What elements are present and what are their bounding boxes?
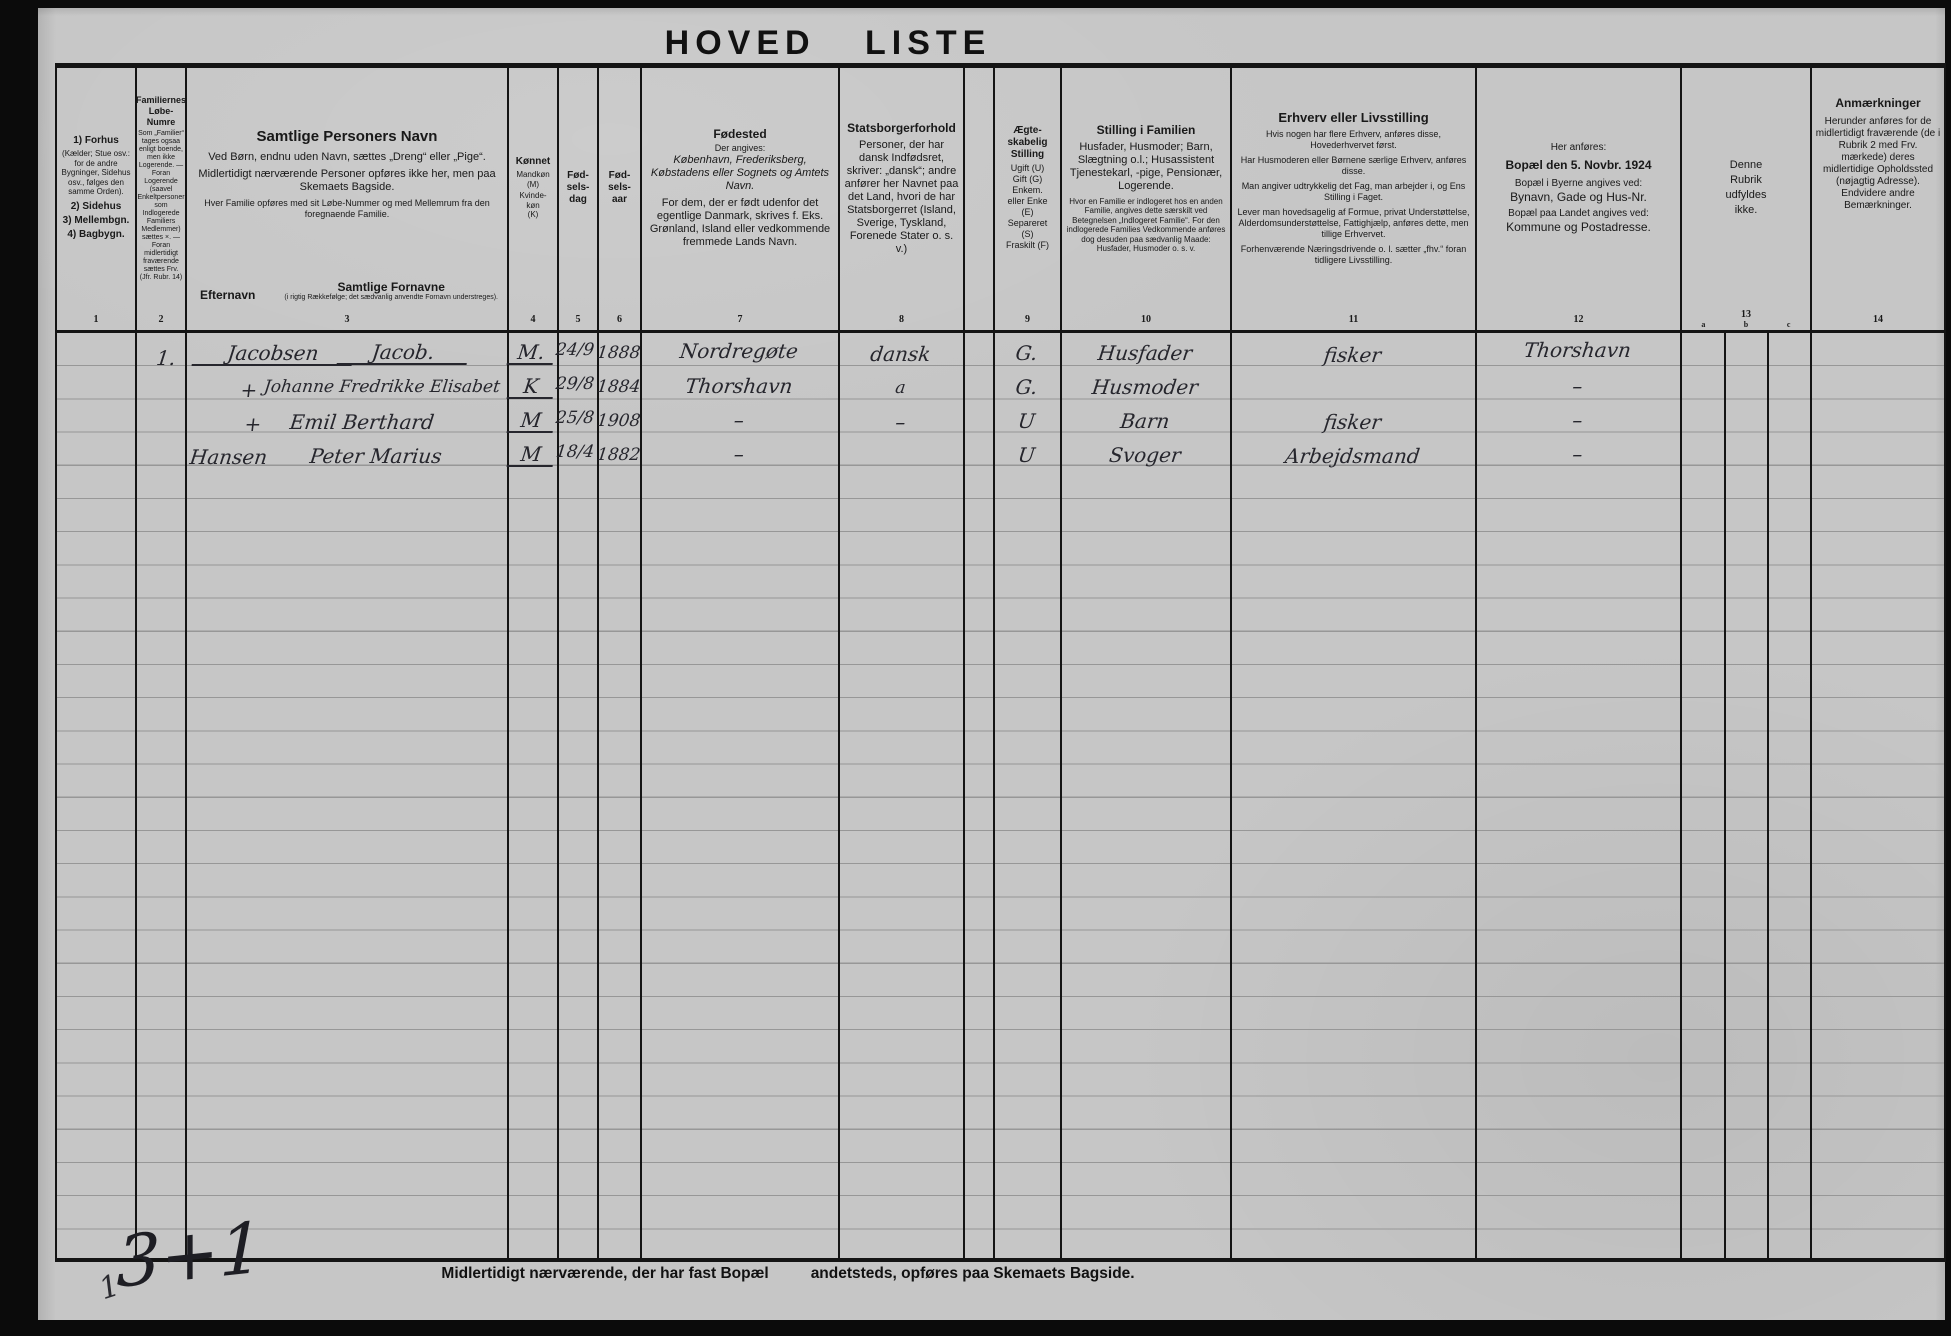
rubrik13-sub-a: a (1682, 320, 1725, 329)
forhus-item-4: 4) Bagbygn. (67, 229, 124, 241)
entry-occupation: Arbejdsmand (1229, 444, 1477, 468)
scanned-census-sheet: HOVED LISTE 1) Forhus (Kælder; Stue osv.… (38, 8, 1945, 1320)
footer-instruction: Midlertidigt nærværende, der har fast Bo… (418, 1265, 1158, 1283)
footer-instruction-part-1: Midlertidigt nærværende, der har fast Bo… (441, 1265, 768, 1283)
erhverv-note-3: Man angiver udtrykkelig det Fag, man arb… (1235, 181, 1472, 203)
entry-birthplace: Thorshavn (639, 374, 840, 398)
entry-firstnames: Peter Marius (309, 444, 512, 468)
column-navn-cells (187, 333, 507, 1258)
aegteskab-separeret-1: Separeret (1008, 218, 1048, 229)
koennet-m-2: (M) (527, 180, 539, 190)
rubrik13-line-4: ikke. (1735, 204, 1758, 217)
navn-sublabels: Efternavn Samtlige Fornavne (i rigtig Ræ… (190, 280, 504, 304)
bopael-note-3: Bopæl paa Landet angives ved: (1508, 208, 1649, 220)
loebe-numre-title: Familiernes Løbe-Numre (136, 95, 186, 128)
column-rubrik-13: Denne Rubrik udfyldes ikke. 13 a b c (1682, 68, 1812, 1258)
column-erhverv-cells (1232, 333, 1475, 1258)
rubrik13-line-2: Rubrik (1730, 174, 1762, 187)
koennet-m-1: Mandkøn (516, 170, 549, 180)
stilling-note-1: Husfader, Husmoder; Barn, Slægtning o.l.… (1065, 141, 1227, 193)
entry-sex: K (507, 375, 556, 399)
entry-birthplace: Nordregøte (639, 339, 840, 363)
column-loebe-numre: Familiernes Løbe-Numre Som „Familier“ ta… (137, 68, 187, 1258)
statsborger-title: Statsborgerforhold (847, 121, 956, 135)
statsborger-note: Personer, der har dansk Indfødsret, skri… (843, 139, 960, 256)
entry-citizenship: a (837, 378, 964, 398)
column-spacer-header (965, 68, 993, 308)
column-loebe-numre-cells (137, 333, 185, 1258)
entry-ditto-mark: + (233, 378, 266, 402)
column-forhus-cells (57, 333, 135, 1258)
aegteskab-gift: Gift (G) (1013, 174, 1043, 185)
forhus-item-1: 1) Forhus (73, 135, 119, 147)
rubrik13-divider-2 (1767, 333, 1769, 1258)
entry-firstnames: Emil Berthard (289, 410, 512, 434)
stilling-note-2: Hvor en Familie er indlogeret hos en and… (1065, 197, 1227, 254)
koennet-k-1: Kvinde- (519, 191, 546, 201)
entry-birthday: 25/8 (552, 408, 598, 428)
column-foedested: Fødested Der angives: København, Frederi… (642, 68, 840, 1258)
rubrik13-sub-b: b (1725, 320, 1768, 329)
column-foedselsdag-header: Fød- sels- dag (559, 68, 597, 308)
entry-marital: G. (992, 375, 1062, 399)
column-aegteskabelig-cells (995, 333, 1060, 1258)
column-statsborgerforhold-header: Statsborgerforhold Personer, der har dan… (840, 68, 963, 308)
entry-birthday: 18/4 (552, 442, 598, 462)
column-anmaerkninger: Anmærkninger Herunder anføres for de mid… (1812, 68, 1944, 1258)
column-statsborgerforhold-cells (840, 333, 963, 1258)
fornavne-label: Samtlige Fornavne (284, 280, 498, 294)
census-table: 1) Forhus (Kælder; Stue osv.: for de and… (55, 63, 1946, 1262)
foedested-note-1: Der angives: (715, 143, 766, 154)
column-koennet-cells (509, 333, 557, 1258)
column-bopael-cells (1477, 333, 1680, 1258)
column-stilling-i-familien: Stilling i Familien Husfader, Husmoder; … (1062, 68, 1232, 1258)
entry-marital: G. (992, 341, 1062, 365)
entry-firstnames: Johanne Fredrikke Elisabet (263, 377, 525, 397)
entry-residence: – (1474, 408, 1682, 432)
aegteskab-enkem-3: (E) (1022, 207, 1034, 218)
navn-note-2: Midlertidigt nærværende Personer opføres… (190, 168, 504, 194)
erhverv-note-2: Har Husmoderen eller Børnene særlige Erh… (1235, 155, 1472, 177)
entry-occupation: fisker (1229, 410, 1477, 434)
column-foedested-header: Fødested Der angives: København, Frederi… (642, 68, 838, 308)
forhus-item-2: 2) Sidehus (71, 201, 122, 213)
column-number-3: 3 (187, 308, 507, 333)
column-number-13: 13 a b c (1682, 308, 1810, 333)
column-foedselsaar: Fød- sels- aar 6 (599, 68, 642, 1258)
forhus-item-3: 3) Mellembgn. (63, 215, 130, 227)
fornavne-label-group: Samtlige Fornavne (i rigtig Rækkefølge; … (284, 280, 498, 302)
column-aegteskabelig-header: Ægte- skabelig Stilling Ugift (U) Gift (… (995, 68, 1060, 308)
entry-marital: U (992, 443, 1062, 467)
aegteskab-title-1: Ægte- (1013, 125, 1041, 137)
footer-instruction-part-2: andetsteds, opføres paa Skemaets Bagside… (811, 1265, 1135, 1283)
entry-birthday: 24/9 (552, 340, 598, 360)
bopael-note-1: Bopæl i Byerne angives ved: (1515, 178, 1642, 190)
loebe-numre-note: Som „Familier“ tages ogsaa enligt boende… (137, 130, 184, 282)
column-koennet: Kønnet Mandkøn (M) Kvinde- køn (K) 4 (509, 68, 559, 1258)
page-title: HOVED LISTE (508, 24, 1148, 63)
foedselsdag-3: dag (569, 194, 587, 206)
column-forhus-header: 1) Forhus (Kælder; Stue osv.: for de and… (57, 68, 135, 308)
entry-birthyear: 1882 (596, 445, 641, 465)
aegteskab-fraskilt: Fraskilt (F) (1006, 240, 1049, 251)
entry-ditto-mark: + (237, 412, 270, 436)
foedselsdag-1: Fød- (567, 170, 589, 182)
entry-birthplace: – (639, 442, 840, 466)
column-stilling-header: Stilling i Familien Husfader, Husmoder; … (1062, 68, 1230, 308)
column-erhverv: Erhverv eller Livsstilling Hvis nogen ha… (1232, 68, 1477, 1258)
column-anmaerkninger-header: Anmærkninger Herunder anføres for de mid… (1812, 68, 1944, 308)
column-number-1: 1 (57, 308, 135, 333)
column-spacer-number (965, 308, 993, 333)
column-statsborgerforhold: Statsborgerforhold Personer, der har dan… (840, 68, 965, 1258)
column-aegteskabelig-stilling: Ægte- skabelig Stilling Ugift (U) Gift (… (995, 68, 1062, 1258)
entry-birthyear: 1884 (596, 377, 641, 397)
rubrik13-line-3: udfyldes (1726, 189, 1767, 202)
aegteskab-enkem-2: eller Enke (1007, 196, 1047, 207)
entry-family-position: Barn (1059, 409, 1232, 433)
entry-family-position: Husmoder (1059, 375, 1232, 399)
column-number-11: 11 (1232, 308, 1475, 333)
column-foedselsaar-cells (599, 333, 640, 1258)
column-number-12: 12 (1477, 308, 1680, 333)
entry-birthplace: – (639, 408, 840, 432)
column-stilling-cells (1062, 333, 1230, 1258)
entry-residence: – (1474, 374, 1682, 398)
entry-marital: U (992, 409, 1062, 433)
entry-family-number: 1. (145, 346, 188, 370)
column-number-6: 6 (599, 308, 640, 333)
handwritten-tally: 3+1 (116, 1206, 263, 1304)
koennet-k-3: (K) (528, 210, 539, 220)
column-spacer (965, 68, 995, 1258)
column-foedselsaar-header: Fød- sels- aar (599, 68, 640, 308)
foedselsaar-1: Fød- (609, 170, 631, 182)
entry-family-position: Svoger (1059, 443, 1232, 467)
column-forhus: 1) Forhus (Kælder; Stue osv.: for de and… (57, 68, 137, 1258)
navn-title: Samtlige Personers Navn (257, 128, 438, 145)
column-koennet-header: Kønnet Mandkøn (M) Kvinde- køn (K) (509, 68, 557, 308)
aegteskab-ugift: Ugift (U) (1011, 163, 1045, 174)
entry-firstnames: Jacob. (337, 341, 470, 365)
forhus-note: (Kælder; Stue osv.: for de andre Bygning… (60, 149, 132, 197)
entry-sex: M (507, 443, 556, 467)
anmaerkninger-note: Herunder anføres for de midlertidigt fra… (1815, 116, 1941, 212)
koennet-k-2: køn (526, 201, 539, 211)
navn-note-3: Hver Familie opføres med sit Løbe-Nummer… (190, 198, 504, 220)
column-navn-header: Samtlige Personers Navn Ved Børn, endnu … (187, 68, 507, 308)
erhverv-note-1: Hvis nogen har flere Erhverv, anføres di… (1235, 129, 1472, 151)
bopael-note-2: Bynavn, Gade og Hus-Nr. (1510, 190, 1647, 204)
foedselsaar-3: aar (612, 194, 627, 206)
column-loebe-numre-header: Familiernes Løbe-Numre Som „Familier“ ta… (137, 68, 185, 308)
rubrik13-line-1: Denne (1730, 159, 1762, 172)
koennet-title: Kønnet (516, 156, 550, 168)
bopael-title: Bopæl den 5. Novbr. 1924 (1505, 158, 1651, 172)
entry-residence: – (1474, 442, 1682, 466)
column-number-7: 7 (642, 308, 838, 333)
rubrik13-subcolumns: a b c (1682, 320, 1810, 329)
navn-note-1: Ved Børn, endnu uden Navn, sættes „Dreng… (208, 151, 486, 164)
erhverv-note-4: Lever man hovedsagelig af Formue, privat… (1235, 207, 1472, 240)
aegteskab-separeret-2: (S) (1022, 229, 1034, 240)
aegteskab-title-2: skabelig (1007, 137, 1047, 149)
column-bopael-header: Her anføres: Bopæl den 5. Novbr. 1924 Bo… (1477, 68, 1680, 308)
aegteskab-enkem-1: Enkem. (1012, 185, 1043, 196)
aegteskab-title-3: Stilling (1011, 149, 1044, 161)
anmaerkninger-title: Anmærkninger (1835, 96, 1920, 110)
column-number-8: 8 (840, 308, 963, 333)
column-number-4: 4 (509, 308, 557, 333)
column-spacer-cells (965, 333, 993, 1258)
rubrik13-sub-c: c (1767, 320, 1810, 329)
rubrik13-divider-1 (1724, 333, 1726, 1258)
column-number-5: 5 (559, 308, 597, 333)
foedselsdag-2: sels- (567, 182, 590, 194)
foedselsaar-2: sels- (608, 182, 631, 194)
entry-birthday: 29/8 (552, 374, 598, 394)
column-rubrik-13-cells (1682, 333, 1810, 1258)
column-number-9: 9 (995, 308, 1060, 333)
foedested-note-2: København, Frederiksberg, Købstadens ell… (645, 154, 835, 193)
efternavn-label: Efternavn (200, 288, 255, 302)
column-navn: Samtlige Personers Navn Ved Børn, endnu … (187, 68, 509, 1258)
erhverv-title: Erhverv eller Livsstilling (1278, 110, 1428, 125)
stilling-title: Stilling i Familien (1097, 123, 1196, 137)
entry-birthyear: 1908 (596, 411, 641, 431)
column-number-14: 14 (1812, 308, 1944, 333)
entry-surname: Jacobsen (192, 342, 355, 366)
entry-citizenship: dansk (837, 342, 965, 366)
entry-birthyear: 1888 (596, 343, 641, 363)
entry-residence: Thorshavn (1474, 338, 1682, 362)
column-number-2: 2 (137, 308, 185, 333)
bopael-note-0: Her anføres: (1551, 142, 1607, 154)
column-erhverv-header: Erhverv eller Livsstilling Hvis nogen ha… (1232, 68, 1475, 308)
column-number-10: 10 (1062, 308, 1230, 333)
column-anmaerkninger-cells (1812, 333, 1944, 1258)
rubrik13-number: 13 (1741, 309, 1751, 320)
fornavne-label-note: (i rigtig Rækkefølge; det sædvanlig anve… (284, 294, 498, 302)
foedested-note-3: For dem, der er født udenfor det egentli… (645, 197, 835, 249)
foedested-title: Fødested (713, 127, 766, 141)
entry-occupation: fisker (1229, 343, 1477, 367)
column-rubrik-13-header: Denne Rubrik udfyldes ikke. (1682, 68, 1810, 308)
column-bopael: Her anføres: Bopæl den 5. Novbr. 1924 Bo… (1477, 68, 1682, 1258)
column-foedselsdag: Fød- sels- dag 5 (559, 68, 599, 1258)
entry-sex: M. (507, 341, 556, 365)
entry-family-position: Husfader (1059, 341, 1232, 365)
column-foedselsdag-cells (559, 333, 597, 1258)
bopael-note-4: Kommune og Postadresse. (1506, 220, 1651, 234)
erhverv-note-5: Forhenværende Næringsdrivende o. l. sætt… (1235, 244, 1472, 266)
entry-citizenship: – (837, 410, 965, 434)
entry-sex: M (507, 409, 556, 433)
column-foedested-cells (642, 333, 838, 1258)
